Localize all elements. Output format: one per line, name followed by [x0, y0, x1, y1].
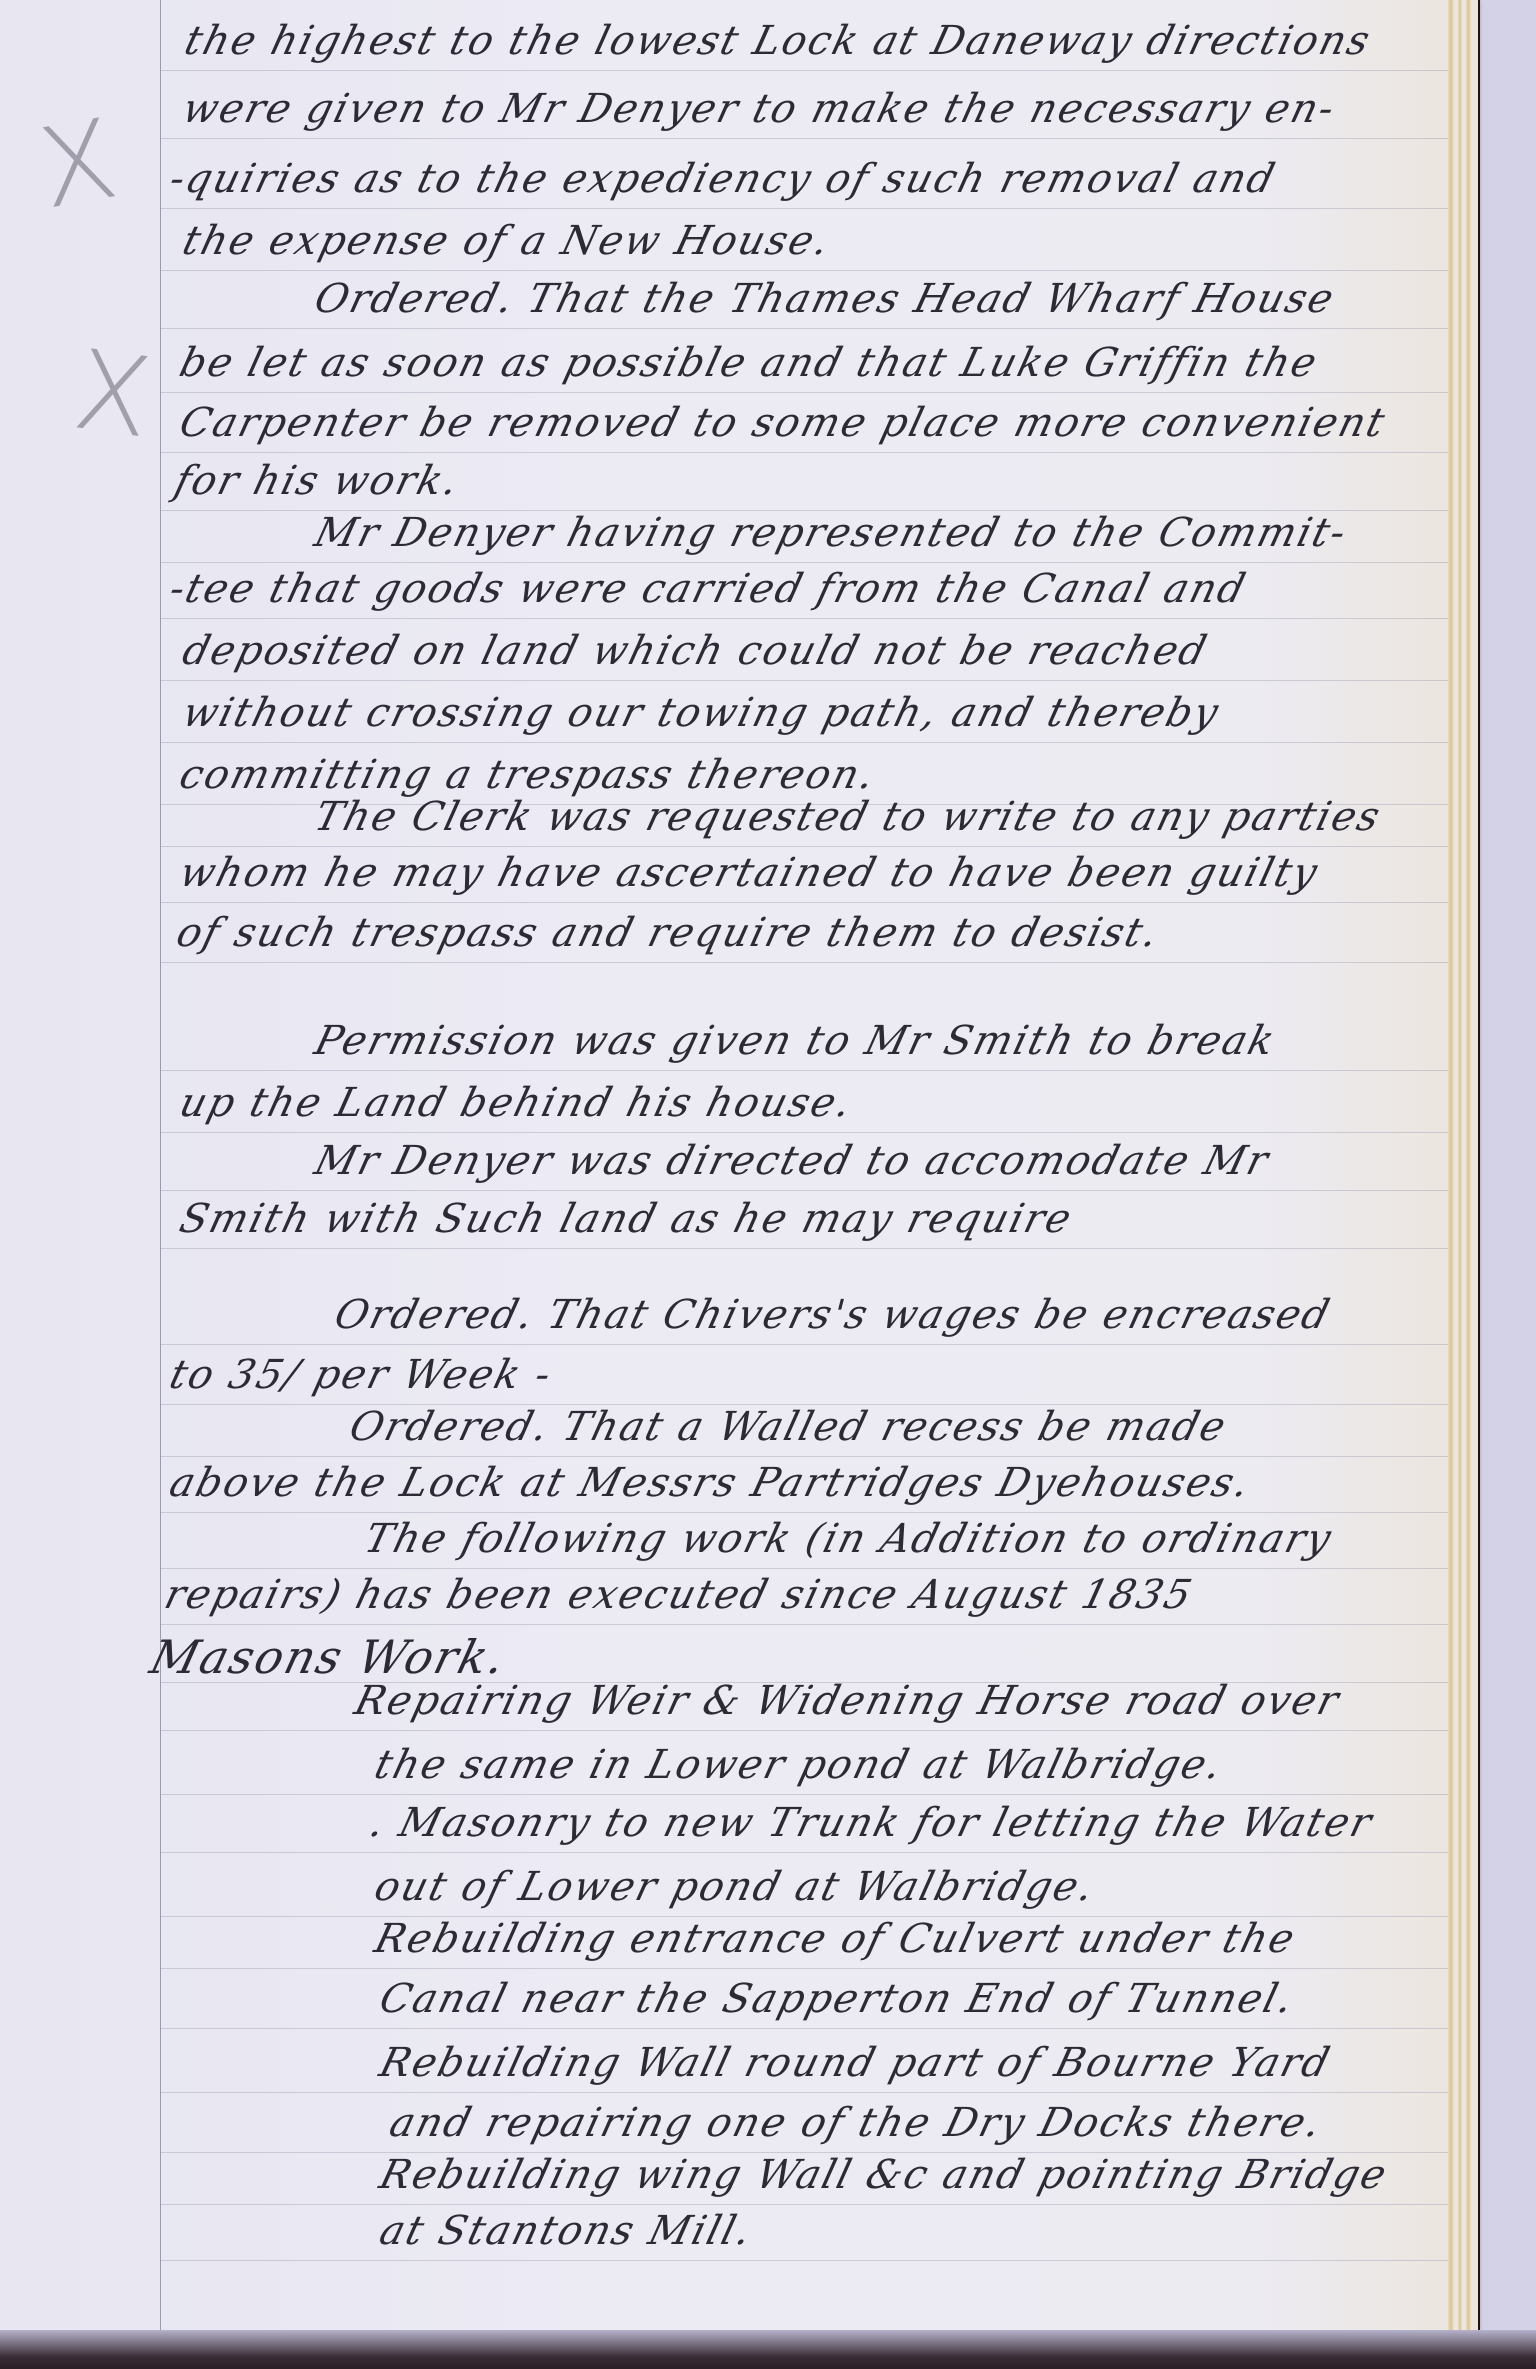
text-line: . Masonry to new Trunk for letting the W… — [365, 1800, 1378, 1846]
text-line: Ordered. That a Walled recess be made — [345, 1404, 1232, 1450]
text-line: at Stantons Mill. — [375, 2208, 757, 2254]
text-line: Ordered. That the Thames Head Wharf Hous… — [310, 276, 1340, 322]
text-line: without crossing our towing path, and th… — [178, 690, 1225, 736]
text-line: The Clerk was requested to write to any … — [310, 794, 1386, 840]
text-line: -tee that goods were carried from the Ca… — [165, 566, 1252, 612]
text-line: for his work. — [170, 458, 464, 504]
text-line: Canal near the Sapperton End of Tunnel. — [375, 1976, 1299, 2022]
page-edge — [1458, 0, 1462, 2330]
text-line: up the Land behind his house. — [175, 1080, 858, 1126]
text-line: Rebuilding wing Wall &c and pointing Bri… — [375, 2152, 1393, 2198]
text-line: Rebuilding entrance of Culvert under the — [370, 1916, 1301, 1962]
text-line: the highest to the lowest Lock at Danewa… — [180, 18, 1376, 64]
text-line: and repairing one of the Dry Docks there… — [385, 2100, 1327, 2146]
text-line: the same in Lower pond at Walbridge. — [370, 1742, 1228, 1788]
text-line: -quiries as to the expediency of such re… — [165, 156, 1281, 202]
text-line: Repairing Weir & Widening Horse road ove… — [350, 1678, 1345, 1724]
text-line: Rebuilding Wall round part of Bourne Yar… — [375, 2040, 1336, 2086]
handwritten-text: the highest to the lowest Lock at Danewa… — [0, 0, 1448, 2330]
text-line: to 35/ per Week - — [165, 1352, 557, 1398]
text-line: Carpenter be removed to some place more … — [175, 400, 1391, 446]
text-line: Mr Denyer was directed to accomodate Mr — [310, 1138, 1274, 1184]
text-line: whom he may have ascertained to have bee… — [175, 850, 1324, 896]
text-line: committing a trespass thereon. — [175, 752, 881, 798]
text-line: the expense of a New House. — [178, 218, 835, 264]
text-line: of such trespass and require them to des… — [172, 910, 1164, 956]
text-line: Smith with Such land as he may require — [175, 1196, 1078, 1242]
section-heading: Masons Work. — [145, 1630, 512, 1684]
text-line: Mr Denyer having represented to the Comm… — [310, 510, 1352, 556]
bottom-shadow — [0, 2330, 1536, 2369]
text-line: repairs) has been executed since August … — [160, 1572, 1198, 1618]
text-line: Ordered. That Chivers's wages be encreas… — [330, 1292, 1336, 1338]
text-line: above the Lock at Messrs Partridges Dyeh… — [165, 1460, 1255, 1506]
page-edge — [1466, 0, 1471, 2330]
ledger-page: X X the highest to the lowest Lock at Da… — [0, 0, 1478, 2330]
text-line: out of Lower pond at Walbridge. — [370, 1864, 1100, 1910]
text-line: Permission was given to Mr Smith to brea… — [310, 1018, 1281, 1064]
text-line: The following work (in Addition to ordin… — [360, 1516, 1337, 1562]
text-line: deposited on land which could not be rea… — [178, 628, 1213, 674]
page-edge — [1448, 0, 1454, 2330]
text-line: be let as soon as possible and that Luke… — [175, 340, 1323, 386]
text-line: were given to Mr Denyer to make the nece… — [178, 86, 1341, 132]
